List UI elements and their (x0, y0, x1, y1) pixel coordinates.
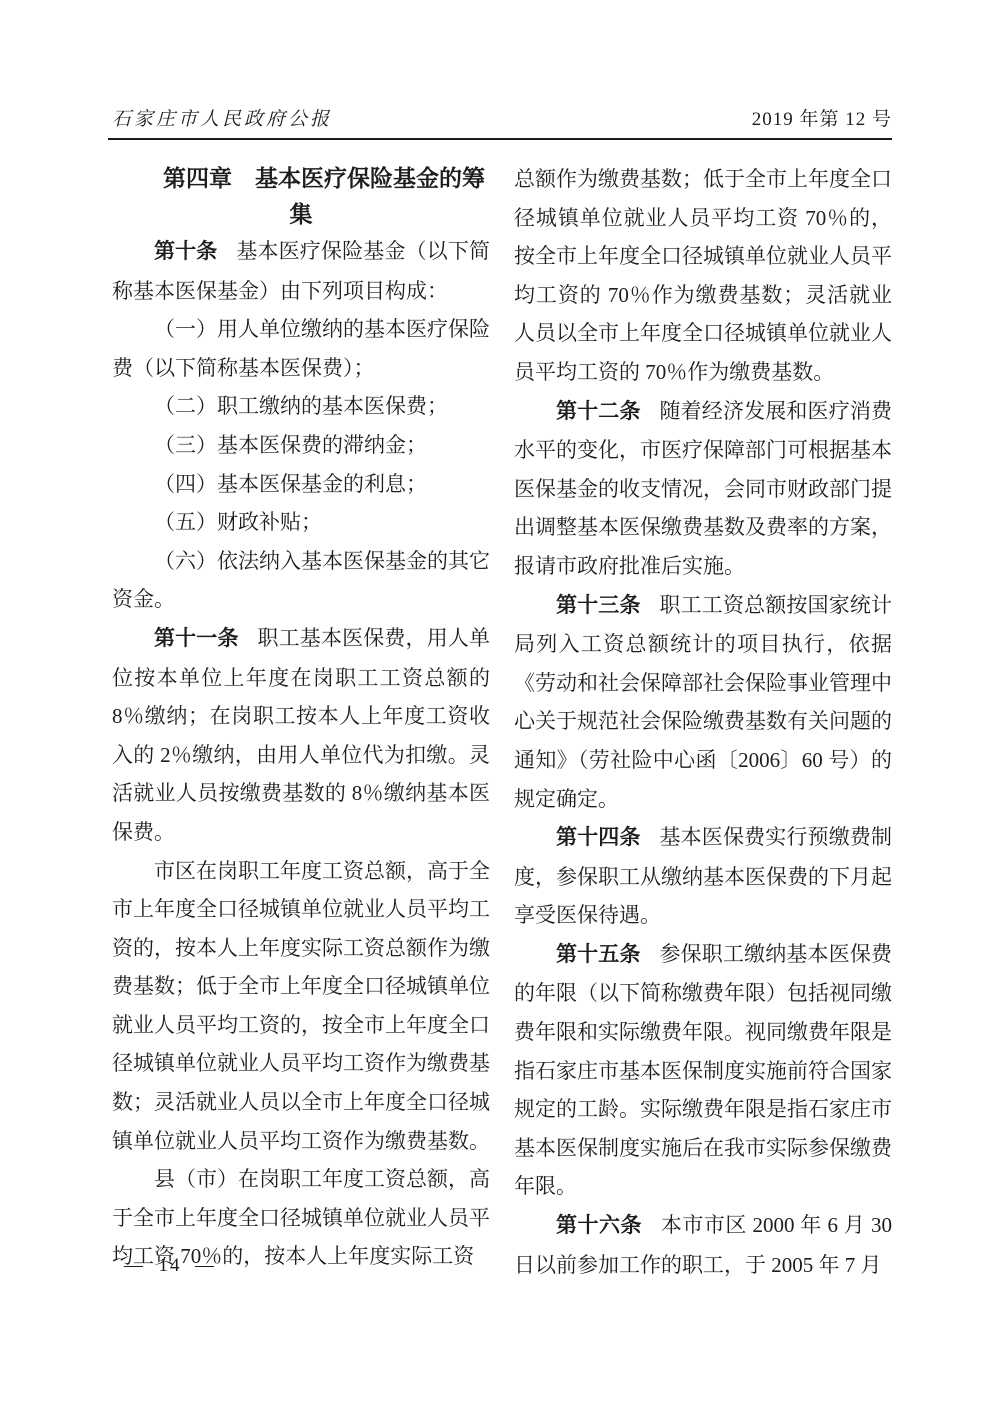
article-paragraph: 第十一条职工基本医保费，用人单位按本单位上年度在岗职工工资总额的 8％缴纳；在岗… (112, 619, 490, 852)
paragraph-text: 职工基本医保费，用人单位按本单位上年度在岗职工工资总额的 8％缴纳；在岗职工按本… (112, 626, 490, 844)
left-column: 第四章 基本医疗保险基金的筹集 第十条基本医疗保险基金（以下简称基本医保基金）由… (112, 160, 490, 1284)
header-divider (108, 138, 892, 140)
paragraph-text: （一）用人单位缴纳的基本医疗保险费（以下简称基本医保费）； (112, 317, 490, 380)
article-paragraph: 第十三条职工工资总额按国家统计局列入工资总额统计的项目执行，依据《劳动和社会保障… (514, 586, 892, 819)
paragraph-text: 总额作为缴费基数；低于全市上年度全口径城镇单位就业人员平均工资 70％的，按全市… (514, 167, 892, 384)
article-paragraph: （六）依法纳入基本医保基金的其它资金。 (112, 542, 490, 619)
article-number: 第十三条 (556, 594, 641, 617)
article-number: 第十条 (154, 240, 217, 263)
paragraph-text: （四）基本医保基金的利息； (154, 472, 427, 496)
paragraph-text: 随着经济发展和医疗消费水平的变化，市医疗保障部门可根据基本医保基金的收支情况，会… (514, 399, 892, 578)
article-paragraph: 第十四条基本医保费实行预缴费制度，参保职工从缴纳基本医保费的下月起享受医保待遇。 (514, 818, 892, 935)
article-number: 第十四条 (556, 826, 641, 849)
article-paragraph: （四）基本医保基金的利息； (112, 465, 490, 504)
article-paragraph: 总额作为缴费基数；低于全市上年度全口径城镇单位就业人员平均工资 70％的，按全市… (514, 160, 892, 392)
paragraph-text: 县（市）在岗职工年度工资总额，高于全市上年度全口径城镇单位就业人员平均工资 70… (112, 1167, 490, 1268)
article-paragraph: 第十五条参保职工缴纳基本医保费的年限（以下简称缴费年限）包括视同缴费年限和实际缴… (514, 935, 892, 1206)
paragraph-text: 市区在岗职工年度工资总额，高于全市上年度全口径城镇单位就业人员平均工资的，按本人… (112, 859, 490, 1153)
issue-label: 2019 年第 12 号 (752, 104, 892, 131)
paragraph-text: （三）基本医保费的滞纳金； (154, 433, 427, 457)
article-paragraph: 第十六条本市市区 2000 年 6 月 30 日以前参加工作的职工，于 2005… (514, 1206, 892, 1284)
article-paragraph: （五）财政补贴； (112, 503, 490, 542)
page-number: — 14 — (124, 1255, 216, 1277)
article-paragraph: （三）基本医保费的滞纳金； (112, 426, 490, 465)
article-paragraph: （二）职工缴纳的基本医保费； (112, 387, 490, 426)
article-number: 第十六条 (556, 1214, 642, 1237)
article-paragraph: 第十二条随着经济发展和医疗消费水平的变化，市医疗保障部门可根据基本医保基金的收支… (514, 392, 892, 586)
paragraph-text: 职工工资总额按国家统计局列入工资总额统计的项目执行，依据《劳动和社会保障部社会保… (514, 593, 892, 811)
article-paragraph: 市区在岗职工年度工资总额，高于全市上年度全口径城镇单位就业人员平均工资的，按本人… (112, 852, 490, 1161)
gazette-page: 石家庄市人民政府公报 2019 年第 12 号 第四章 基本医疗保险基金的筹集 … (0, 0, 1000, 1414)
article-paragraph: 第十条基本医疗保险基金（以下简称基本医保基金）由下列项目构成： (112, 232, 490, 310)
article-number: 第十二条 (556, 400, 641, 423)
right-column: 总额作为缴费基数；低于全市上年度全口径城镇单位就业人员平均工资 70％的，按全市… (514, 160, 892, 1284)
chapter-heading: 第四章 基本医疗保险基金的筹集 (112, 160, 490, 232)
publication-title: 石家庄市人民政府公报 (112, 104, 332, 131)
article-paragraph: （一）用人单位缴纳的基本医疗保险费（以下简称基本医保费）； (112, 310, 490, 387)
paragraph-text: （六）依法纳入基本医保基金的其它资金。 (112, 549, 490, 612)
running-header: 石家庄市人民政府公报 2019 年第 12 号 (112, 104, 892, 131)
article-number: 第十一条 (154, 627, 239, 650)
article-number: 第十五条 (556, 943, 641, 966)
paragraph-text: （二）职工缴纳的基本医保费； (154, 394, 448, 418)
paragraph-text: （五）财政补贴； (154, 510, 322, 534)
paragraph-text: 参保职工缴纳基本医保费的年限（以下简称缴费年限）包括视同缴费年限和实际缴费年限。… (514, 942, 892, 1199)
two-column-body: 第四章 基本医疗保险基金的筹集 第十条基本医疗保险基金（以下简称基本医保基金）由… (112, 160, 892, 1284)
